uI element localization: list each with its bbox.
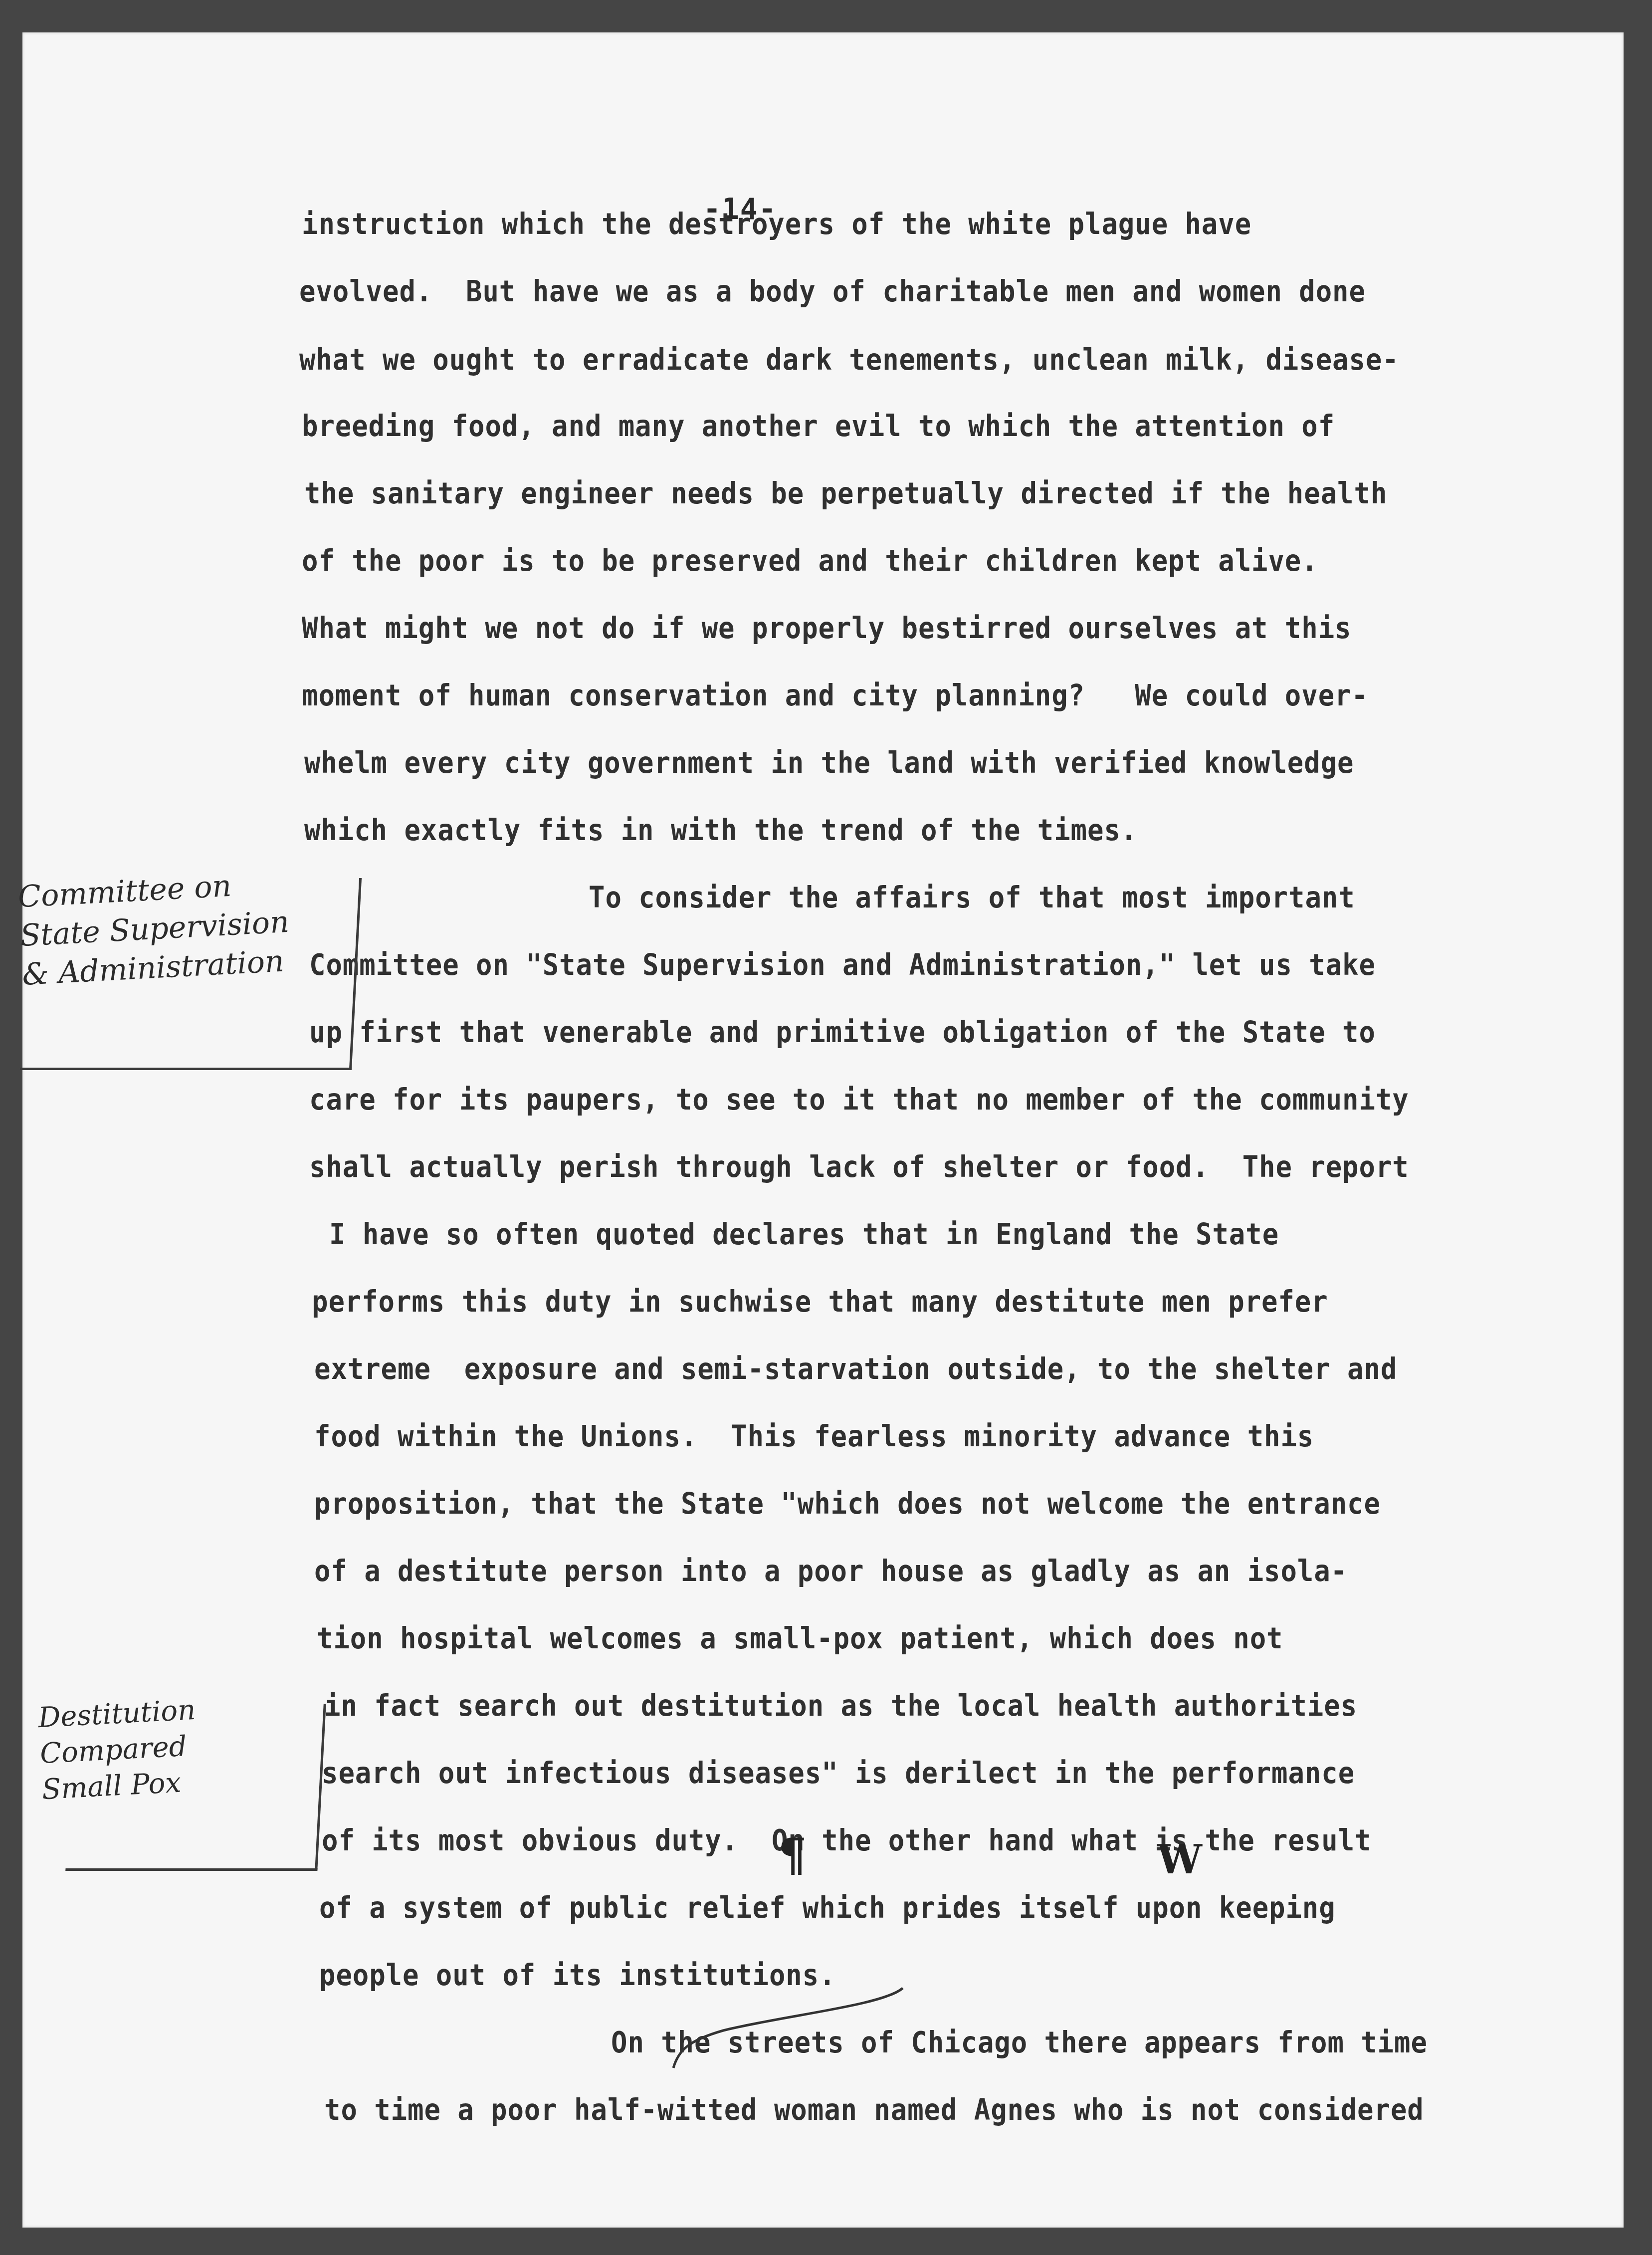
text-line: search out infectious diseases" is deril… bbox=[322, 1756, 1355, 1790]
text-line: moment of human conservation and city pl… bbox=[302, 678, 1368, 712]
text-line: what we ought to erradicate dark tenemen… bbox=[299, 343, 1399, 377]
text-line: To consider the affairs of that most imp… bbox=[589, 881, 1355, 914]
text-line: the sanitary engineer needs be perpetual… bbox=[304, 476, 1387, 510]
text-line: which exactly fits in with the trend of … bbox=[304, 813, 1137, 847]
text-line: of a system of public relief which pride… bbox=[319, 1891, 1336, 1925]
text-line: care for its paupers, to see to it that … bbox=[309, 1083, 1409, 1117]
text-line: to time a poor half-witted woman named A… bbox=[324, 2093, 1424, 2127]
paragraph-mark: ¶ bbox=[778, 1828, 807, 1881]
text-line: of the poor is to be preserved and their… bbox=[302, 544, 1318, 578]
text-line: What might we not do if we properly best… bbox=[302, 611, 1352, 645]
text-line: in fact search out destitution as the lo… bbox=[324, 1689, 1357, 1723]
text-line: performs this duty in suchwise that many… bbox=[312, 1285, 1328, 1319]
text-line: instruction which the destroyers of the … bbox=[302, 207, 1251, 241]
insert-mark: W bbox=[1157, 1836, 1202, 1883]
text-line: whelm every city government in the land … bbox=[304, 746, 1354, 780]
run-in-curve-icon bbox=[574, 1976, 923, 2075]
margin-bracket-2 bbox=[65, 1704, 326, 1871]
text-line: Committee on "State Supervision and Admi… bbox=[309, 948, 1376, 982]
text-line: breeding food, and many another evil to … bbox=[302, 409, 1335, 443]
text-line: up first that venerable and primitive ob… bbox=[309, 1015, 1376, 1049]
margin-bracket-1 bbox=[20, 878, 362, 1070]
text-line: shall actually perish through lack of sh… bbox=[309, 1150, 1409, 1184]
text-line: tion hospital welcomes a small-pox patie… bbox=[317, 1621, 1283, 1655]
text-line: extreme exposure and semi-starvation out… bbox=[314, 1352, 1397, 1386]
text-line: proposition, that the State "which does … bbox=[314, 1487, 1381, 1521]
text-line: food within the Unions. This fearless mi… bbox=[314, 1419, 1314, 1453]
text-line: of a destitute person into a poor house … bbox=[314, 1554, 1347, 1588]
text-line: of its most obvious duty. On the other h… bbox=[322, 1823, 1372, 1857]
text-line: I have so often quoted declares that in … bbox=[329, 1217, 1279, 1251]
text-line: evolved. But have we as a body of charit… bbox=[299, 274, 1366, 308]
